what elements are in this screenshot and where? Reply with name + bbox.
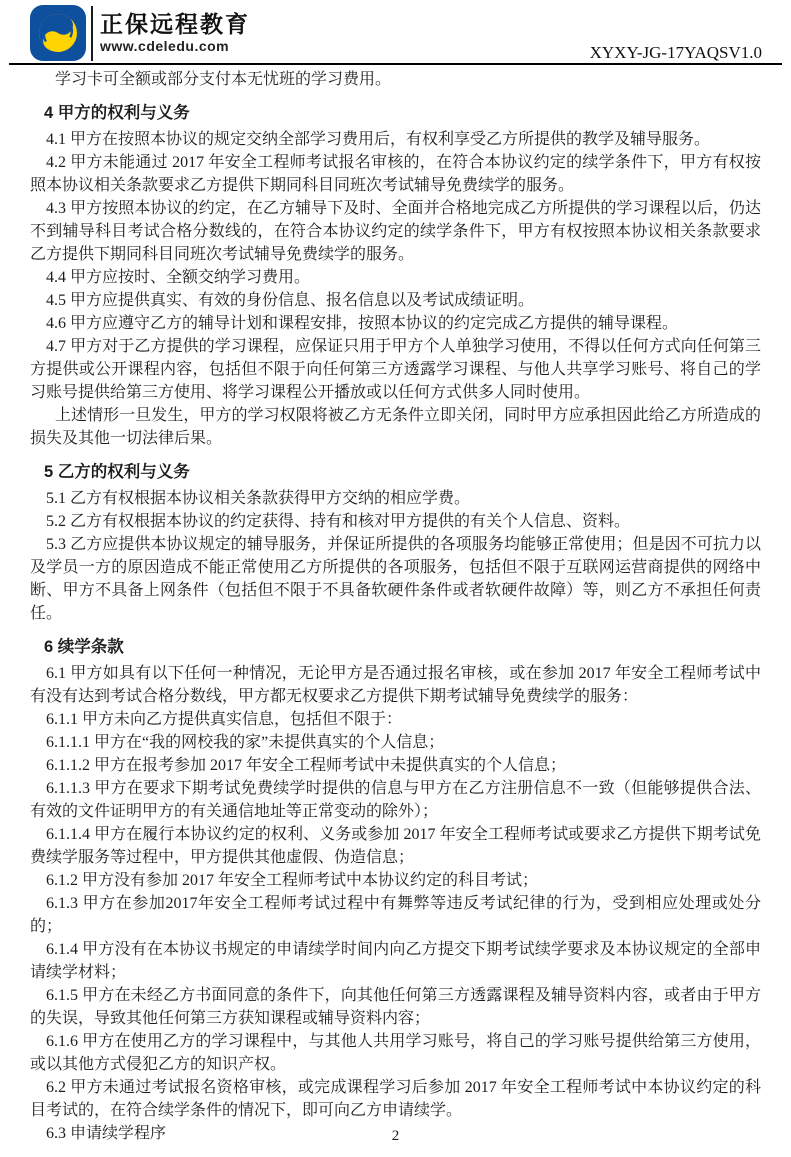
- paragraph: 4.6 甲方应遵守乙方的辅导计划和课程安排，按照本协议的约定完成乙方提供的辅导课…: [30, 312, 761, 335]
- section-heading: 6 续学条款: [30, 636, 761, 659]
- page-number: 2: [0, 1128, 791, 1145]
- section-heading: 4 甲方的权利与义务: [30, 102, 761, 125]
- brand-logo: 正保远程教育 www.cdeledu.com: [30, 5, 250, 61]
- paragraph: 4.1 甲方在按照本协议的规定交纳全部学习费用后，有权利享受乙方所提供的教学及辅…: [30, 128, 761, 151]
- logo-divider: [91, 6, 93, 61]
- brand-text: 正保远程教育 www.cdeledu.com: [100, 13, 250, 53]
- paragraph: 4.2 甲方未能通过 2017 年安全工程师考试报名审核的，在符合本协议约定的续…: [30, 151, 761, 197]
- paragraph: 5.1 乙方有权根据本协议相关条款获得甲方交纳的相应学费。: [30, 487, 761, 510]
- paragraph: 6.1.2 甲方没有参加 2017 年安全工程师考试中本协议约定的科目考试；: [30, 869, 761, 892]
- paragraph: 6.1.6 甲方在使用乙方的学习课程中，与其他人共用学习账号，将自己的学习账号提…: [30, 1030, 761, 1076]
- paragraph: 6.1.3 甲方在参加2017年安全工程师考试过程中有舞弊等违反考试纪律的行为，…: [30, 892, 761, 938]
- paragraph: 4.4 甲方应按时、全额交纳学习费用。: [30, 266, 761, 289]
- section-heading: 5 乙方的权利与义务: [30, 461, 761, 484]
- paragraph: 4.7 甲方对于乙方提供的学习课程，应保证只用于甲方个人单独学习使用，不得以任何…: [30, 335, 761, 404]
- paragraph: 6.1.1 甲方未向乙方提供真实信息，包括但不限于：: [30, 708, 761, 731]
- paragraph: 6.1.1.3 甲方在要求下期考试免费续学时提供的信息与甲方在乙方注册信息不一致…: [30, 777, 761, 823]
- paragraph: 4.5 甲方应提供真实、有效的身份信息、报名信息以及考试成绩证明。: [30, 289, 761, 312]
- paragraph: 5.2 乙方有权根据本协议的约定获得、持有和核对甲方提供的有关个人信息、资料。: [30, 510, 761, 533]
- paragraph: 6.1 甲方如具有以下任何一种情况，无论甲方是否通过报名审核，或在参加 2017…: [30, 662, 761, 708]
- company-swirl-logo-icon: [30, 5, 86, 61]
- document-page: 正保远程教育 www.cdeledu.com XYXY-JG-17YAQSV1.…: [0, 0, 791, 1157]
- paragraph: 4.3 甲方按照本协议的约定，在乙方辅导下及时、全面并合格地完成乙方所提供的学习…: [30, 197, 761, 266]
- paragraph: 6.1.1.2 甲方在报考参加 2017 年安全工程师考试中未提供真实的个人信息…: [30, 754, 761, 777]
- document-body: 学习卡可全额或部分支付本无忧班的学习费用。4 甲方的权利与义务4.1 甲方在按照…: [30, 68, 761, 1145]
- document-code: XYXY-JG-17YAQSV1.0: [590, 43, 762, 63]
- paragraph: 6.1.1.1 甲方在“我的网校我的家”未提供真实的个人信息；: [30, 731, 761, 754]
- paragraph: 6.2 甲方未通过考试报名资格审核，或完成课程学习后参加 2017 年安全工程师…: [30, 1076, 761, 1122]
- brand-url: www.cdeledu.com: [100, 39, 250, 53]
- paragraph: 5.3 乙方应提供本协议规定的辅导服务，并保证所提供的各项服务均能够正常使用；但…: [30, 533, 761, 625]
- paragraph: 6.1.5 甲方在未经乙方书面同意的条件下，向其他任何第三方透露课程及辅导资料内…: [30, 984, 761, 1030]
- page-header: 正保远程教育 www.cdeledu.com XYXY-JG-17YAQSV1.…: [9, 0, 782, 65]
- paragraph: 6.1.1.4 甲方在履行本协议约定的权利、义务或参加 2017 年安全工程师考…: [30, 823, 761, 869]
- brand-name: 正保远程教育: [100, 13, 250, 36]
- paragraph: 上述情形一旦发生，甲方的学习权限将被乙方无条件立即关闭，同时甲方应承担因此给乙方…: [30, 404, 761, 450]
- paragraph: 学习卡可全额或部分支付本无忧班的学习费用。: [30, 68, 761, 91]
- paragraph: 6.1.4 甲方没有在本协议书规定的申请续学时间内向乙方提交下期考试续学要求及本…: [30, 938, 761, 984]
